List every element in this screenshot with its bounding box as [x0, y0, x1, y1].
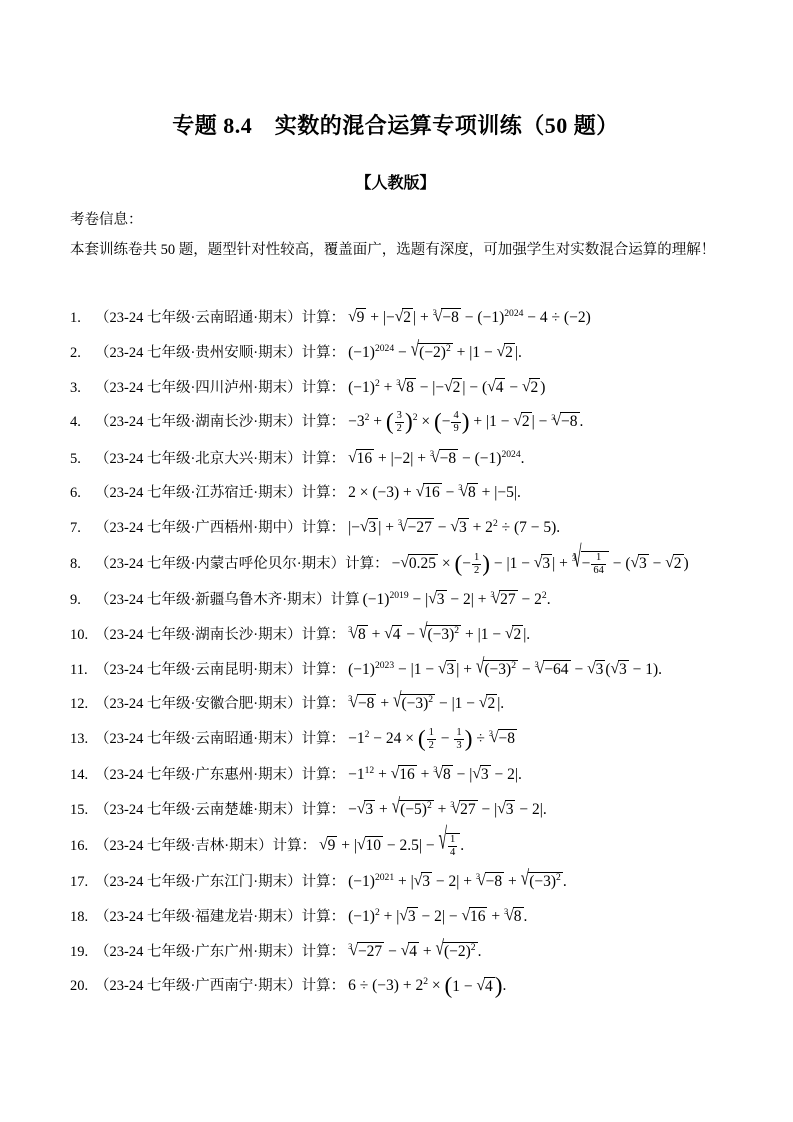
problem-content: （23-24 七年级·贵州安顺·期末）计算：(−1)2024 − √(−2)2 … — [95, 341, 721, 365]
problem-source: （23-24 七年级·贵州安顺·期末） — [95, 345, 302, 361]
problem-row: 1. （23-24 七年级·云南昭通·期末）计算：√9 + |−√2| + 3√… — [70, 306, 721, 330]
problem-number: 13. — [70, 729, 95, 751]
problem-row: 18. （23-24 七年级·福建龙岩·期末）计算：(−1)2 + |√3 − … — [70, 905, 721, 929]
problem-source: （23-24 七年级·内蒙古呼伦贝尔·期末） — [95, 556, 345, 572]
problem-source: （23-24 七年级·广东惠州·期末） — [95, 767, 302, 783]
problem-content: （23-24 七年级·四川泸州·期末）计算：(−1)2 + 3√8 − |−√2… — [95, 376, 721, 400]
doc-title: 专题 8.4 实数的混合运算专项训练（50 题） — [70, 112, 721, 140]
problem-expression: 3√−27 − √4 + √(−2)2. — [348, 943, 481, 960]
problem-source: （23-24 七年级·云南昆明·期末） — [95, 662, 302, 678]
problem-source: （23-24 七年级·湖南长沙·期末） — [95, 414, 302, 430]
problem-content: （23-24 七年级·广西南宁·期末）计算：6 ÷ (−3) + 22 × (1… — [95, 974, 721, 998]
problem-row: 10. （23-24 七年级·湖南长沙·期末）计算：3√8 + √4 − √(−… — [70, 623, 721, 647]
problem-number: 20. — [70, 976, 95, 998]
problem-expression: 3√−8 + √(−3)2 − |1 − √2|. — [348, 695, 504, 712]
problem-expression: −112 + √16 + 3√8 − |√3 − 2|. — [348, 766, 522, 783]
problem-expression: (−1)2023 − |1 − √3| + √(−3)2 − 3√−64 − √… — [348, 661, 662, 678]
problem-expression: 2 × (−3) + √16 − 3√8 + |−5|. — [348, 484, 521, 501]
problem-row: 13. （23-24 七年级·云南昭通·期末）计算：−12 − 24 × (12… — [70, 727, 721, 752]
problem-content: （23-24 七年级·广东江门·期末）计算：(−1)2021 + |√3 − 2… — [95, 870, 721, 894]
problem-label: 计算： — [302, 874, 346, 890]
problem-label: 计算： — [273, 838, 317, 854]
problem-source: （23-24 七年级·湖南长沙·期末） — [95, 627, 302, 643]
problem-number: 4. — [70, 412, 95, 434]
problem-number: 1. — [70, 308, 95, 330]
exam-info-text: 本套训练卷共 50 题，题型针对性较高，覆盖面广，选题有深度，可加强学生对实数混… — [70, 241, 721, 260]
problem-source: （23-24 七年级·北京大兴·期末） — [95, 451, 302, 467]
problem-content: （23-24 七年级·安徽合肥·期末）计算：3√−8 + √(−3)2 − |1… — [95, 692, 721, 716]
problem-number: 12. — [70, 694, 95, 716]
problem-label: 计算： — [302, 731, 346, 747]
problem-row: 20. （23-24 七年级·广西南宁·期末）计算：6 ÷ (−3) + 22 … — [70, 974, 721, 998]
problem-content: （23-24 七年级·吉林·期末）计算：√9 + |√10 − 2.5| − √… — [95, 833, 721, 859]
exam-info-label: 考卷信息： — [70, 211, 721, 230]
problem-label: 计算： — [302, 451, 346, 467]
problem-expression: √9 + |√10 − 2.5| − √14. — [319, 837, 464, 854]
problem-source: （23-24 七年级·广东广州·期末） — [95, 944, 302, 960]
problem-label: 计算： — [302, 627, 346, 643]
problem-expression: (−1)2 + 3√8 − |−√2| − (√4 − √2) — [348, 379, 545, 396]
problem-row: 6. （23-24 七年级·江苏宿迁·期末）计算：2 × (−3) + √16 … — [70, 481, 721, 505]
problem-label: 计算： — [302, 909, 346, 925]
problem-source: （23-24 七年级·广西南宁·期末） — [95, 978, 302, 994]
problem-number: 11. — [70, 660, 95, 682]
doc-edition: 【人教版】 — [70, 174, 721, 194]
problem-row: 5. （23-24 七年级·北京大兴·期末）计算：√16 + |−2| + 3√… — [70, 447, 721, 471]
problem-row: 7. （23-24 七年级·广西梧州·期中）计算：|−√3| + 3√−27 −… — [70, 516, 721, 540]
problem-source: （23-24 七年级·江苏宿迁·期末） — [95, 485, 302, 501]
problem-content: （23-24 七年级·江苏宿迁·期末）计算：2 × (−3) + √16 − 3… — [95, 481, 721, 505]
problem-content: （23-24 七年级·湖南长沙·期末）计算：3√8 + √4 − √(−3)2 … — [95, 623, 721, 647]
problem-source: （23-24 七年级·云南昭通·期末） — [95, 310, 302, 326]
problem-expression: √16 + |−2| + 3√−8 − (−1)2024. — [348, 450, 524, 467]
problem-number: 15. — [70, 800, 95, 822]
problem-source: （23-24 七年级·安徽合肥·期末） — [95, 696, 302, 712]
problem-label: 计算： — [302, 485, 346, 501]
problem-expression: (−1)2 + |√3 − 2| − √16 + 3√8. — [348, 908, 527, 925]
problem-list: 1. （23-24 七年级·云南昭通·期末）计算：√9 + |−√2| + 3√… — [70, 306, 721, 998]
problem-expression: (−1)2019 − |√3 − 2| + 3√27 − 22. — [363, 591, 551, 608]
problem-row: 9. （23-24 七年级·新疆乌鲁木齐·期末）计算(−1)2019 − |√3… — [70, 588, 721, 612]
problem-label: 计算： — [302, 520, 346, 536]
problem-content: （23-24 七年级·内蒙古呼伦贝尔·期末）计算：−√0.25 × (−12) … — [95, 551, 721, 577]
problem-row: 19. （23-24 七年级·广东广州·期末）计算：3√−27 − √4 + √… — [70, 940, 721, 964]
problem-row: 3. （23-24 七年级·四川泸州·期末）计算：(−1)2 + 3√8 − |… — [70, 376, 721, 400]
problem-content: （23-24 七年级·云南昆明·期末）计算：(−1)2023 − |1 − √3… — [95, 658, 721, 682]
problem-label: 计算： — [302, 944, 346, 960]
problem-row: 2. （23-24 七年级·贵州安顺·期末）计算：(−1)2024 − √(−2… — [70, 341, 721, 365]
problem-expression: −√3 + √(−5)2 + 3√27 − |√3 − 2|. — [348, 801, 547, 818]
problem-label: 计算： — [302, 380, 346, 396]
problem-label: 计算： — [302, 802, 346, 818]
problem-row: 14. （23-24 七年级·广东惠州·期末）计算：−112 + √16 + 3… — [70, 763, 721, 787]
problem-content: （23-24 七年级·湖南长沙·期末）计算：−32 + (32)2 × (−49… — [95, 410, 721, 435]
problem-row: 4. （23-24 七年级·湖南长沙·期末）计算：−32 + (32)2 × (… — [70, 410, 721, 435]
problem-content: （23-24 七年级·云南昭通·期末）计算：√9 + |−√2| + 3√−8 … — [95, 306, 721, 330]
problem-number: 5. — [70, 449, 95, 471]
problem-row: 12. （23-24 七年级·安徽合肥·期末）计算：3√−8 + √(−3)2 … — [70, 692, 721, 716]
problem-row: 16. （23-24 七年级·吉林·期末）计算：√9 + |√10 − 2.5|… — [70, 833, 721, 859]
problem-source: （23-24 七年级·四川泸州·期末） — [95, 380, 302, 396]
problem-source: （23-24 七年级·广西梧州·期中） — [95, 520, 302, 536]
problem-expression: (−1)2024 − √(−2)2 + |1 − √2|. — [348, 344, 522, 361]
problem-label: 计算： — [302, 696, 346, 712]
problem-label: 计算： — [302, 978, 346, 994]
problem-row: 17. （23-24 七年级·广东江门·期末）计算：(−1)2021 + |√3… — [70, 870, 721, 894]
problem-label: 计算 — [331, 592, 360, 608]
problem-content: （23-24 七年级·云南昭通·期末）计算：−12 − 24 × (12 − 1… — [95, 727, 721, 752]
problem-row: 15. （23-24 七年级·云南楚雄·期末）计算：−√3 + √(−5)2 +… — [70, 798, 721, 822]
problem-source: （23-24 七年级·吉林·期末） — [95, 838, 273, 854]
problem-expression: 3√8 + √4 − √(−3)2 + |1 − √2|. — [348, 626, 530, 643]
problem-number: 9. — [70, 590, 95, 612]
problem-content: （23-24 七年级·广东惠州·期末）计算：−112 + √16 + 3√8 −… — [95, 763, 721, 787]
problem-label: 计算： — [302, 310, 346, 326]
problem-label: 计算： — [302, 345, 346, 361]
problem-number: 8. — [70, 554, 95, 576]
problem-expression: 6 ÷ (−3) + 22 × (1 − √4). — [348, 977, 506, 994]
problem-number: 17. — [70, 872, 95, 894]
problem-label: 计算： — [302, 767, 346, 783]
page: 专题 8.4 实数的混合运算专项训练（50 题） 【人教版】 考卷信息： 本套训… — [0, 0, 793, 1122]
problem-number: 6. — [70, 483, 95, 505]
problem-source: （23-24 七年级·广东江门·期末） — [95, 874, 302, 890]
problem-content: （23-24 七年级·广东广州·期末）计算：3√−27 − √4 + √(−2)… — [95, 940, 721, 964]
problem-expression: (−1)2021 + |√3 − 2| + 3√−8 + √(−3)2. — [348, 873, 567, 890]
problem-label: 计算： — [302, 414, 346, 430]
problem-label: 计算： — [345, 556, 389, 572]
problem-number: 16. — [70, 836, 95, 858]
problem-row: 11. （23-24 七年级·云南昆明·期末）计算：(−1)2023 − |1 … — [70, 658, 721, 682]
problem-content: （23-24 七年级·北京大兴·期末）计算：√16 + |−2| + 3√−8 … — [95, 447, 721, 471]
problem-expression: −32 + (32)2 × (−49) + |1 − √2| − 3√−8. — [348, 413, 583, 430]
problem-number: 14. — [70, 765, 95, 787]
problem-content: （23-24 七年级·广西梧州·期中）计算：|−√3| + 3√−27 − √3… — [95, 516, 721, 540]
problem-number: 3. — [70, 378, 95, 400]
problem-number: 18. — [70, 907, 95, 929]
problem-number: 2. — [70, 343, 95, 365]
problem-expression: −√0.25 × (−12) − |1 − √3| + 3√−164 − (√3… — [392, 555, 689, 572]
problem-row: 8. （23-24 七年级·内蒙古呼伦贝尔·期末）计算：−√0.25 × (−1… — [70, 551, 721, 577]
problem-content: （23-24 七年级·云南楚雄·期末）计算：−√3 + √(−5)2 + 3√2… — [95, 798, 721, 822]
problem-label: 计算： — [302, 662, 346, 678]
problem-number: 19. — [70, 942, 95, 964]
problem-expression: √9 + |−√2| + 3√−8 − (−1)2024 − 4 ÷ (−2) — [348, 309, 591, 326]
problem-expression: −12 − 24 × (12 − 13) ÷ 3√−8 — [348, 730, 517, 747]
problem-content: （23-24 七年级·新疆乌鲁木齐·期末）计算(−1)2019 − |√3 − … — [95, 588, 721, 612]
problem-source: （23-24 七年级·新疆乌鲁木齐·期末） — [95, 592, 331, 608]
problem-source: （23-24 七年级·云南楚雄·期末） — [95, 802, 302, 818]
problem-source: （23-24 七年级·云南昭通·期末） — [95, 731, 302, 747]
problem-expression: |−√3| + 3√−27 − √3 + 22 ÷ (7 − 5). — [348, 519, 560, 536]
problem-number: 10. — [70, 625, 95, 647]
problem-content: （23-24 七年级·福建龙岩·期末）计算：(−1)2 + |√3 − 2| −… — [95, 905, 721, 929]
problem-number: 7. — [70, 518, 95, 540]
problem-source: （23-24 七年级·福建龙岩·期末） — [95, 909, 302, 925]
